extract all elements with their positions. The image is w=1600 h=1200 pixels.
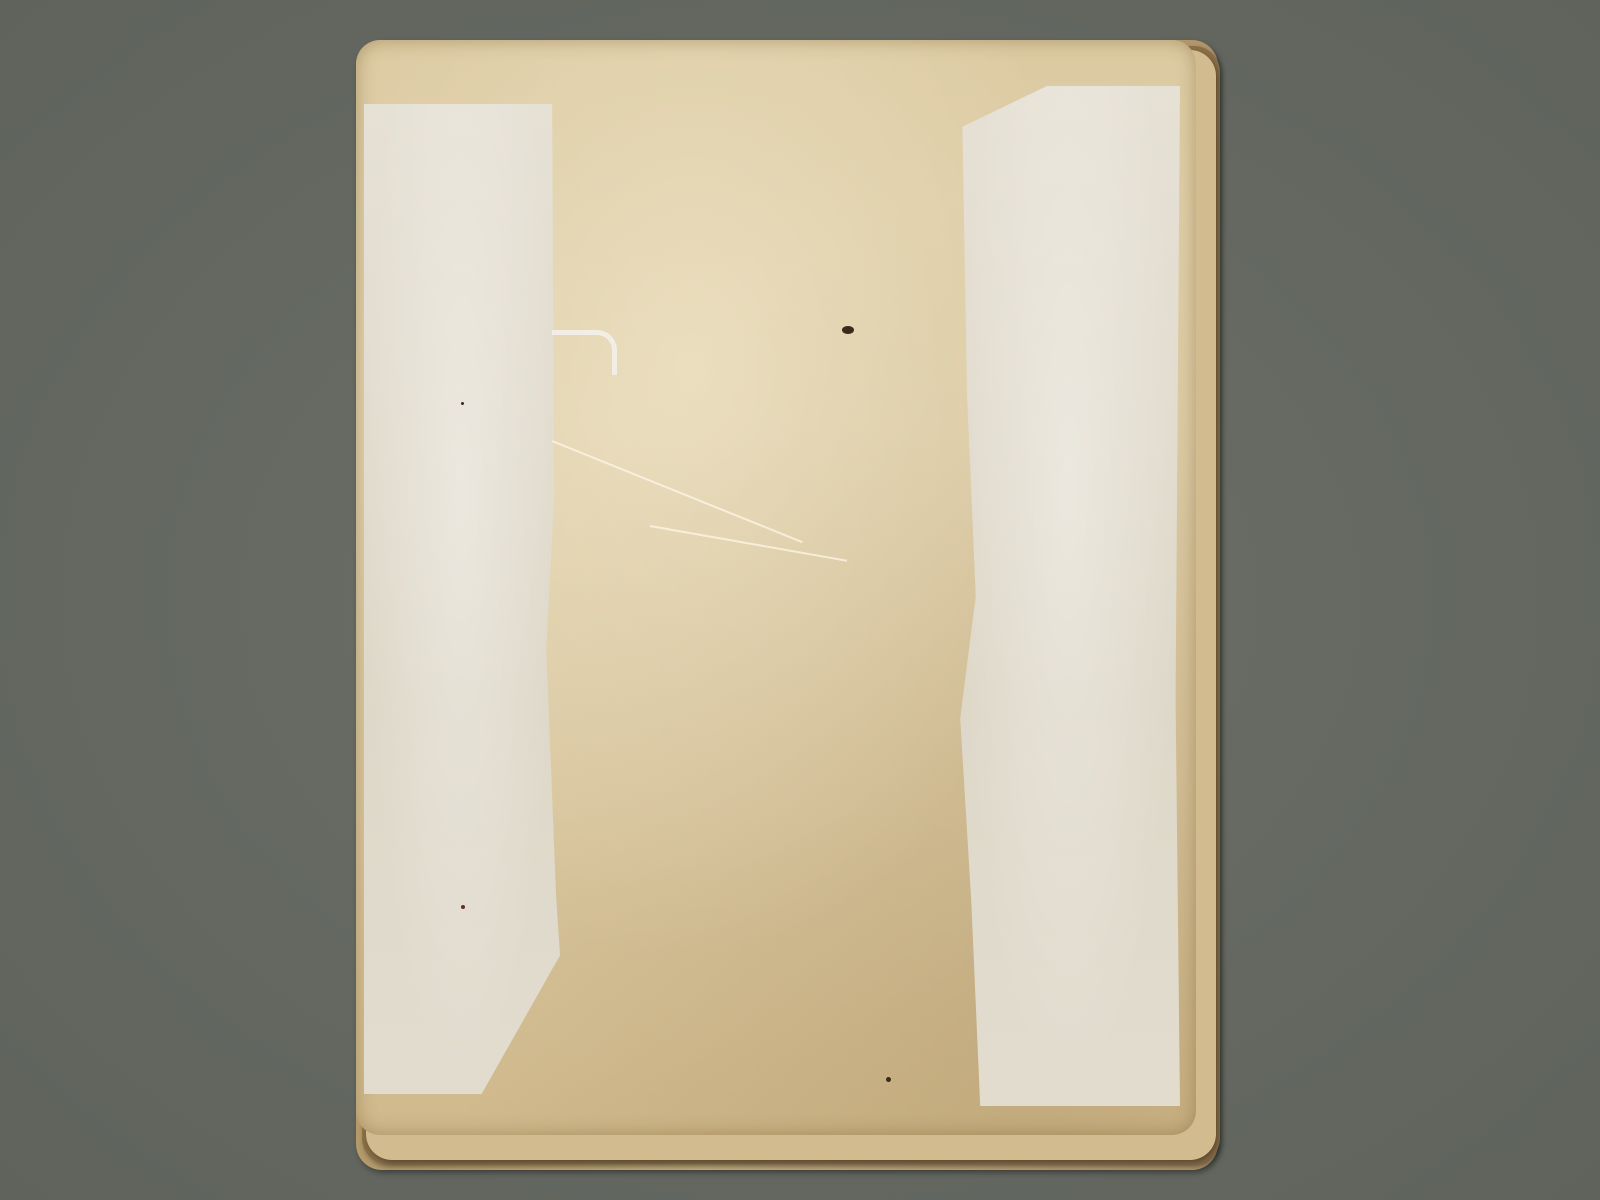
ink-spot bbox=[886, 1077, 891, 1082]
right-repair-strip bbox=[958, 86, 1180, 1106]
ink-spot bbox=[461, 905, 465, 909]
binding-thread bbox=[552, 330, 617, 375]
left-repair-strip bbox=[364, 104, 560, 1094]
ink-spot bbox=[461, 402, 464, 405]
ink-spot bbox=[842, 326, 854, 334]
